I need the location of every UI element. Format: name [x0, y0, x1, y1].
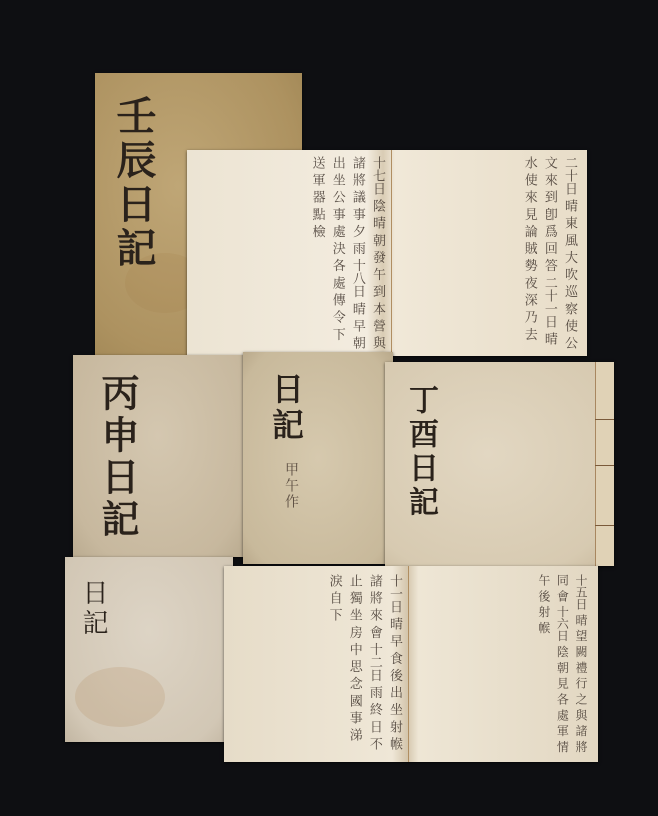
book-title: 壬辰日記: [109, 95, 157, 271]
gabo-diary-cover: 日記 甲午作: [243, 352, 393, 564]
right-page-text: 十五日 晴 望 闕 禮 行 之 與 諸 將 同 會 十六日 陰 朝 見 各 處 …: [416, 574, 590, 754]
binding-strip: [595, 362, 614, 566]
jeongyu-diary-cover: 丁酉日記: [385, 362, 614, 566]
spine: [391, 150, 392, 356]
plain-diary-cover: 日記: [65, 557, 233, 742]
book-title: 日記: [265, 372, 307, 444]
byeongsin-diary-cover: 丙申日記: [73, 355, 243, 557]
left-page-text: 十七日 陰 晴 朝 發 午 到 本 營 與 諸 將 議 事 夕 雨 十八日 晴 …: [195, 156, 387, 350]
book-title: 日記: [75, 579, 111, 639]
book-subtitle: 甲午作: [281, 462, 301, 510]
book-title: 丁酉日記: [401, 384, 439, 520]
binding-stitch: [595, 465, 614, 466]
binding-stitch: [595, 525, 614, 526]
binding-stitch: [595, 419, 614, 420]
right-page-text: 二十日 晴 東 風 大 吹 巡 察 使 公 文 來 到 卽 爲 回 答 二十一日…: [399, 156, 579, 350]
left-page-text: 十一日 晴 早 食 後 出 坐 射 帿 諸 將 來 會 十二日 雨 終 日 不 …: [232, 574, 404, 754]
book-title: 丙申日記: [95, 373, 139, 541]
open-diary-top: 十七日 陰 晴 朝 發 午 到 本 營 與 諸 將 議 事 夕 雨 十八日 晴 …: [187, 150, 587, 356]
spine: [408, 566, 409, 762]
open-diary-bottom: 十一日 晴 早 食 後 出 坐 射 帿 諸 將 來 會 十二日 雨 終 日 不 …: [224, 566, 598, 762]
